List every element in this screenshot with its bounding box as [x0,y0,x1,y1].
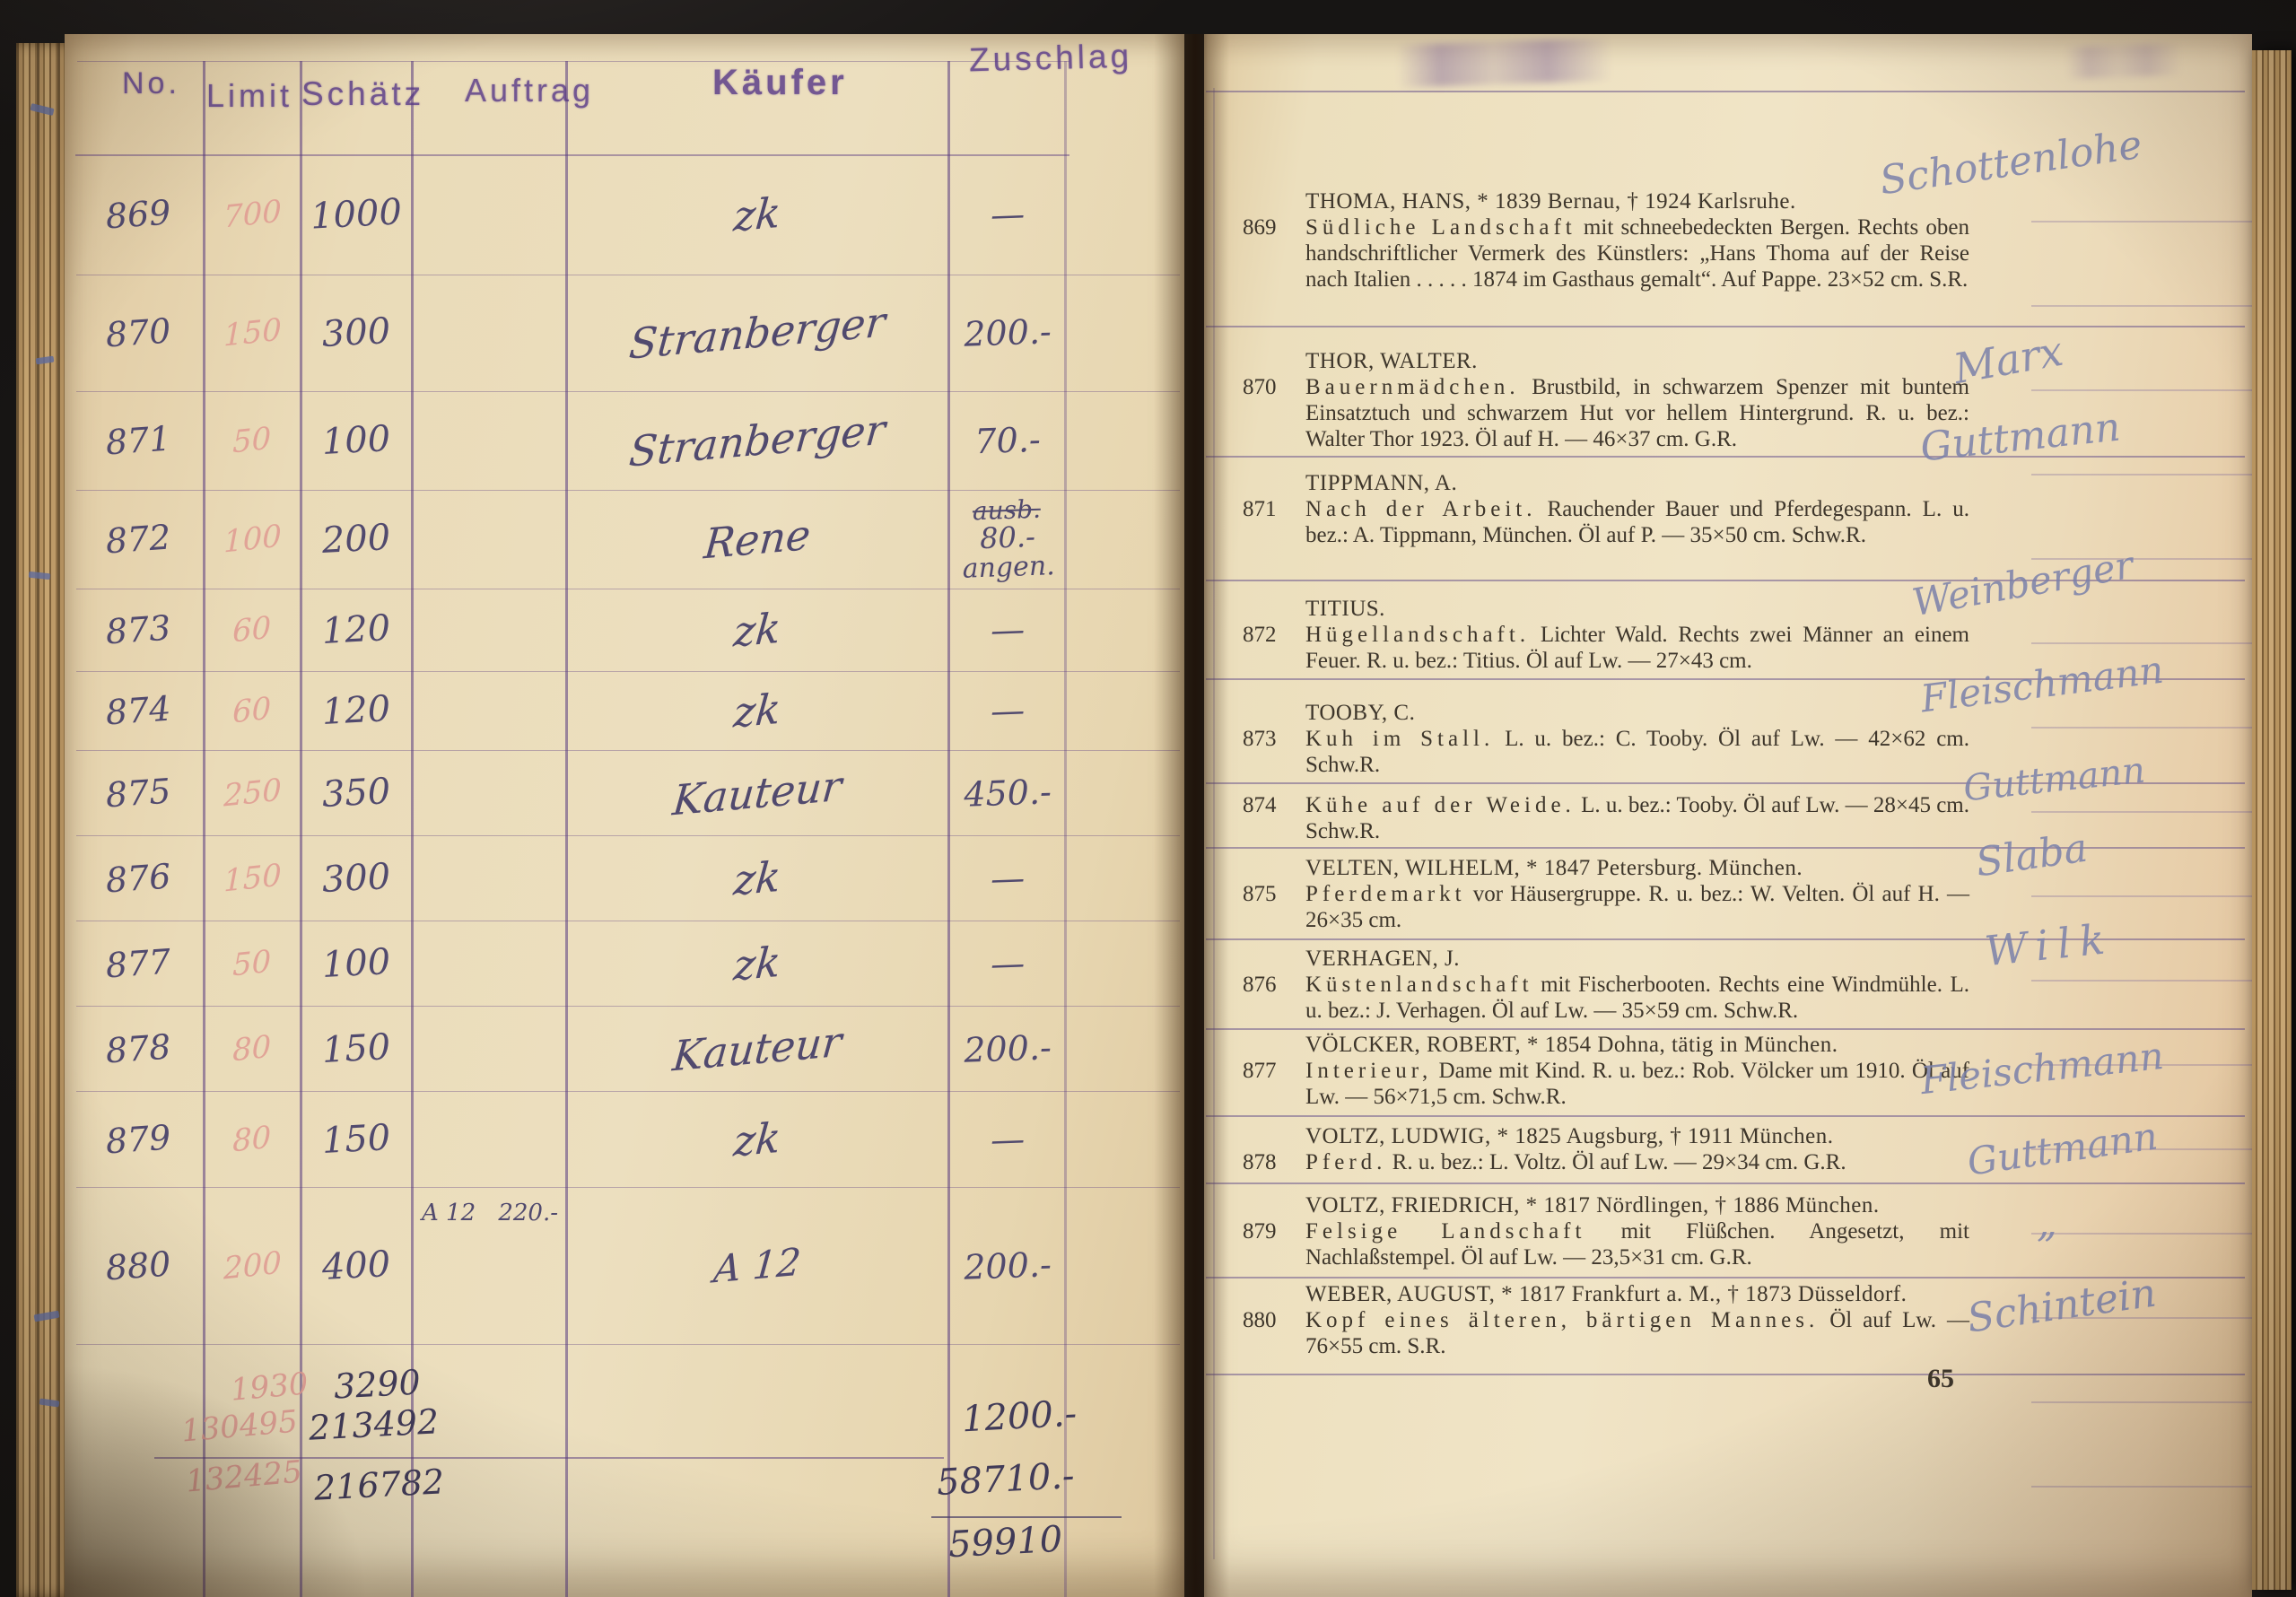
lot-number: 871 [81,388,195,493]
lot-number: 871 [1243,496,1277,522]
hammer-price: — [948,669,1068,752]
work-title: Südliche Landschaft [1305,215,1576,240]
lot-number: 876 [1243,972,1277,998]
column-header-zuschlag: Zuschlag [968,38,1132,80]
estimate-subtotal: 3290 [333,1362,422,1406]
lot-number: 875 [1243,881,1277,907]
hammer-price: ausb. 80.- angen. [947,488,1068,590]
hammer-price: 450.- [947,748,1067,837]
limit-carryover: 130495 [180,1403,300,1449]
sum-rule [931,1516,1122,1518]
artist-line: THOMA, HANS, * 1839 Bernau, † 1924 Karls… [1305,188,1969,214]
margin-annotation-ditto: „ [2037,1200,2057,1246]
ledger-left-page: No. Limit Schätz Auftrag Käufer Zuschlag… [65,34,1184,1597]
estimate-value: 120 [301,668,411,753]
estimate-carryover: 213492 [308,1401,440,1448]
lot-number: 869 [1243,214,1277,240]
ledger-row-875: 875 250 350 Kauteur 450.- [65,750,1184,835]
estimate-total: 216782 [313,1462,445,1508]
pen-mark [30,103,54,116]
artist-line: VÖLCKER, ROBERT, * 1854 Dohna, tätig in … [1305,1032,1969,1058]
limit-value: 150 [206,835,298,921]
catalog-entry-871: TIPPMANN, A. 871Nach der Arbeit. Rauchen… [1305,470,1969,548]
lot-number: 876 [82,832,195,924]
catalog-entry-875: VELTEN, WILHELM, * 1847 Petersburg. Münc… [1305,855,1969,933]
column-header-kaeufer: Käufer [712,63,848,103]
lot-number: 877 [82,917,195,1009]
hammer-price: 200.- [947,1185,1069,1346]
lot-number: 870 [81,271,196,395]
estimate-value: 150 [301,1003,412,1094]
limit-value: 60 [206,671,298,750]
lot-number: 870 [1243,374,1277,400]
lot-number: 873 [82,585,195,675]
ledger-row-872: 872 100 200 Rene ausb. 80.- angen. [65,490,1184,589]
hammer-price: — [947,919,1067,1008]
entry-rule [1206,326,2245,327]
work-title: Kopf eines älteren, bärtigen Mannes. [1305,1308,1819,1332]
lot-number: 880 [79,1183,197,1348]
lot-number: 874 [82,668,195,754]
book-fold-shadow [1154,34,1229,1597]
ledger-row-871: 871 50 100 Stranberger 70.- [65,391,1184,490]
work-title: Pferd. [1305,1150,1386,1174]
artist-line: WEBER, AUGUST, * 1817 Frankfurt a. M., †… [1305,1281,1969,1307]
artist-line: THOR, WALTER. [1305,348,1969,374]
artist-line: VELTEN, WILHELM, * 1847 Petersburg. Münc… [1305,855,1969,881]
pen-mark [34,1311,60,1322]
limit-value: 700 [206,154,298,275]
limit-value: 50 [206,921,298,1006]
catalog-entry-880: WEBER, AUGUST, * 1817 Frankfurt a. M., †… [1305,1281,1969,1359]
estimate-value: 300 [301,833,412,923]
catalog-entry-878: VOLTZ, LUDWIG, * 1825 Augsburg, † 1911 M… [1305,1123,1969,1175]
artist-line: TOOBY, C. [1305,700,1969,726]
work-title: Hügellandschaft. [1305,623,1530,647]
catalog-entry-876: VERHAGEN, J. 876Küstenlandschaft mit Fis… [1305,946,1969,1024]
hammer-price: — [947,833,1067,922]
work-title: Interieur, [1305,1059,1432,1083]
estimate-value: 100 [301,918,412,1008]
estimate-value: 300 [301,272,413,394]
artist-line: VOLTZ, LUDWIG, * 1825 Augsburg, † 1911 M… [1305,1123,1969,1149]
pen-mark [36,356,55,365]
lot-number: 878 [1243,1149,1277,1175]
limit-total: 132425 [185,1453,304,1499]
limit-value: 100 [206,490,298,589]
limit-value: 60 [206,589,298,671]
lot-number: 879 [81,1087,195,1191]
work-title: Felsige Landschaft [1305,1219,1585,1244]
ledger-row-878: 878 80 150 Kauteur 200.- [65,1006,1184,1091]
page-number: 65 [1927,1364,1954,1394]
lot-number: 875 [82,746,195,839]
estimate-value: 100 [301,388,412,493]
catalog-entry-873: TOOBY, C. 873Kuh im Stall. L. u. bez.: C… [1305,700,1969,778]
limit-value: 150 [206,275,298,391]
lot-number: 880 [1243,1307,1277,1333]
pen-mark [39,1399,60,1408]
work-title: Bauernmädchen. [1305,375,1520,399]
ledger-row-874: 874 60 120 zk — [65,671,1184,750]
lot-number: 872 [1243,622,1277,648]
ink-smudge [2065,43,2182,80]
limit-value: 80 [206,1006,298,1091]
estimate-value: 200 [301,487,412,591]
limit-subtotal: 1930 [229,1366,310,1408]
work-title: Nach der Arbeit. [1305,497,1536,521]
work-title: Pferdemarkt [1305,882,1466,906]
hammer-price: 70.- [947,389,1068,492]
ledger-row-869: 869 700 1000 zk — [65,154,1184,275]
lot-number: 878 [82,1002,195,1095]
work-title: Kuh im Stall. [1305,727,1494,751]
catalog-entry-872: TITIUS. 872Hügellandschaft. Lichter Wald… [1305,596,1969,674]
hammer-price: — [947,587,1067,673]
ledger-row-870: 870 150 300 Stranberger 200.- [65,275,1184,391]
ledger-row-876: 876 150 300 zk — [65,835,1184,921]
column-header-no: No. [122,66,180,101]
limit-value: 250 [206,750,298,835]
entry-rule [1206,456,2245,458]
column-header-auftrag: Auftrag [465,72,594,109]
limit-value: 50 [206,391,298,490]
lot-number: 873 [1243,726,1277,752]
estimate-value: 1000 [301,152,413,277]
estimate-value: 150 [301,1088,411,1190]
entry-rule [1206,1028,2245,1030]
estimate-value: 120 [301,586,412,674]
estimate-value: 350 [301,747,412,838]
entry-description: R. u. bez.: L. Voltz. Öl auf Lw. — 29×34… [1392,1150,1846,1174]
catalog-right-page: THOMA, HANS, * 1839 Bernau, † 1924 Karls… [1204,34,2252,1597]
pen-mark [29,572,51,580]
entry-rule [1206,1374,2245,1375]
catalog-entry-879: VOLTZ, FRIEDRICH, * 1817 Nördlingen, † 1… [1305,1192,1969,1270]
column-header-schaetz: Schätz [301,75,424,113]
limit-value: 80 [206,1091,298,1187]
page-edges-right [2252,50,2292,1590]
column-header-limit: Limit [206,77,292,115]
artist-line: VOLTZ, FRIEDRICH, * 1817 Nördlingen, † 1… [1305,1192,1969,1218]
auction-ledger-photo: No. Limit Schätz Auftrag Käufer Zuschlag… [0,0,2296,1597]
lot-number: 877 [1243,1058,1277,1084]
entry-rule [1206,91,2245,92]
hammer-price: — [947,1089,1068,1189]
lot-number: 872 [81,486,195,592]
ledger-row-879: 879 80 150 zk — [65,1091,1184,1187]
hammer-price: 200.- [947,1004,1067,1093]
work-title: Küstenlandschaft [1305,973,1533,997]
catalog-entry-870: THOR, WALTER. 870Bauernmädchen. Brustbil… [1305,348,1969,452]
hammer-total: 59910 [947,1519,1063,1566]
entry-rule [1206,1115,2245,1117]
ledger-row-880: 880 200 400 A 12220.- A 12 200.- [65,1187,1184,1344]
artist-line: VERHAGEN, J. [1305,946,1969,972]
hammer-subtotal: 1200.- [961,1393,1078,1441]
catalog-entry-877: VÖLCKER, ROBERT, * 1854 Dohna, tätig in … [1305,1032,1969,1110]
ruling-line [77,61,1069,62]
lot-number: 869 [80,151,196,278]
artist-line: TITIUS. [1305,596,1969,622]
catalog-entry-869: THOMA, HANS, * 1839 Bernau, † 1924 Karls… [1305,188,1969,292]
lot-number: 879 [1243,1218,1277,1244]
work-title: Kühe auf der Weide. [1305,793,1576,817]
hammer-price: 200.- [947,273,1068,393]
hammer-carryover: 58710.- [936,1455,1076,1504]
ledger-row-877: 877 50 100 zk — [65,921,1184,1006]
hammer-price: — [947,153,1069,276]
lot-number: 874 [1243,792,1277,818]
sum-rule [154,1457,944,1459]
estimate-value: 400 [300,1184,414,1347]
entry-rule [1206,847,2245,849]
limit-value: 200 [206,1187,298,1344]
entry-rule [1206,1182,2245,1184]
catalog-entry-874: 874Kühe auf der Weide. L. u. bez.: Tooby… [1305,792,1969,844]
artist-line: TIPPMANN, A. [1305,470,1969,496]
order-bid: A 12220.- [416,1187,563,1344]
ledger-row-873: 873 60 120 zk — [65,589,1184,671]
ink-smudge [1396,38,1613,88]
buyer-value: A 12 [563,1170,952,1362]
